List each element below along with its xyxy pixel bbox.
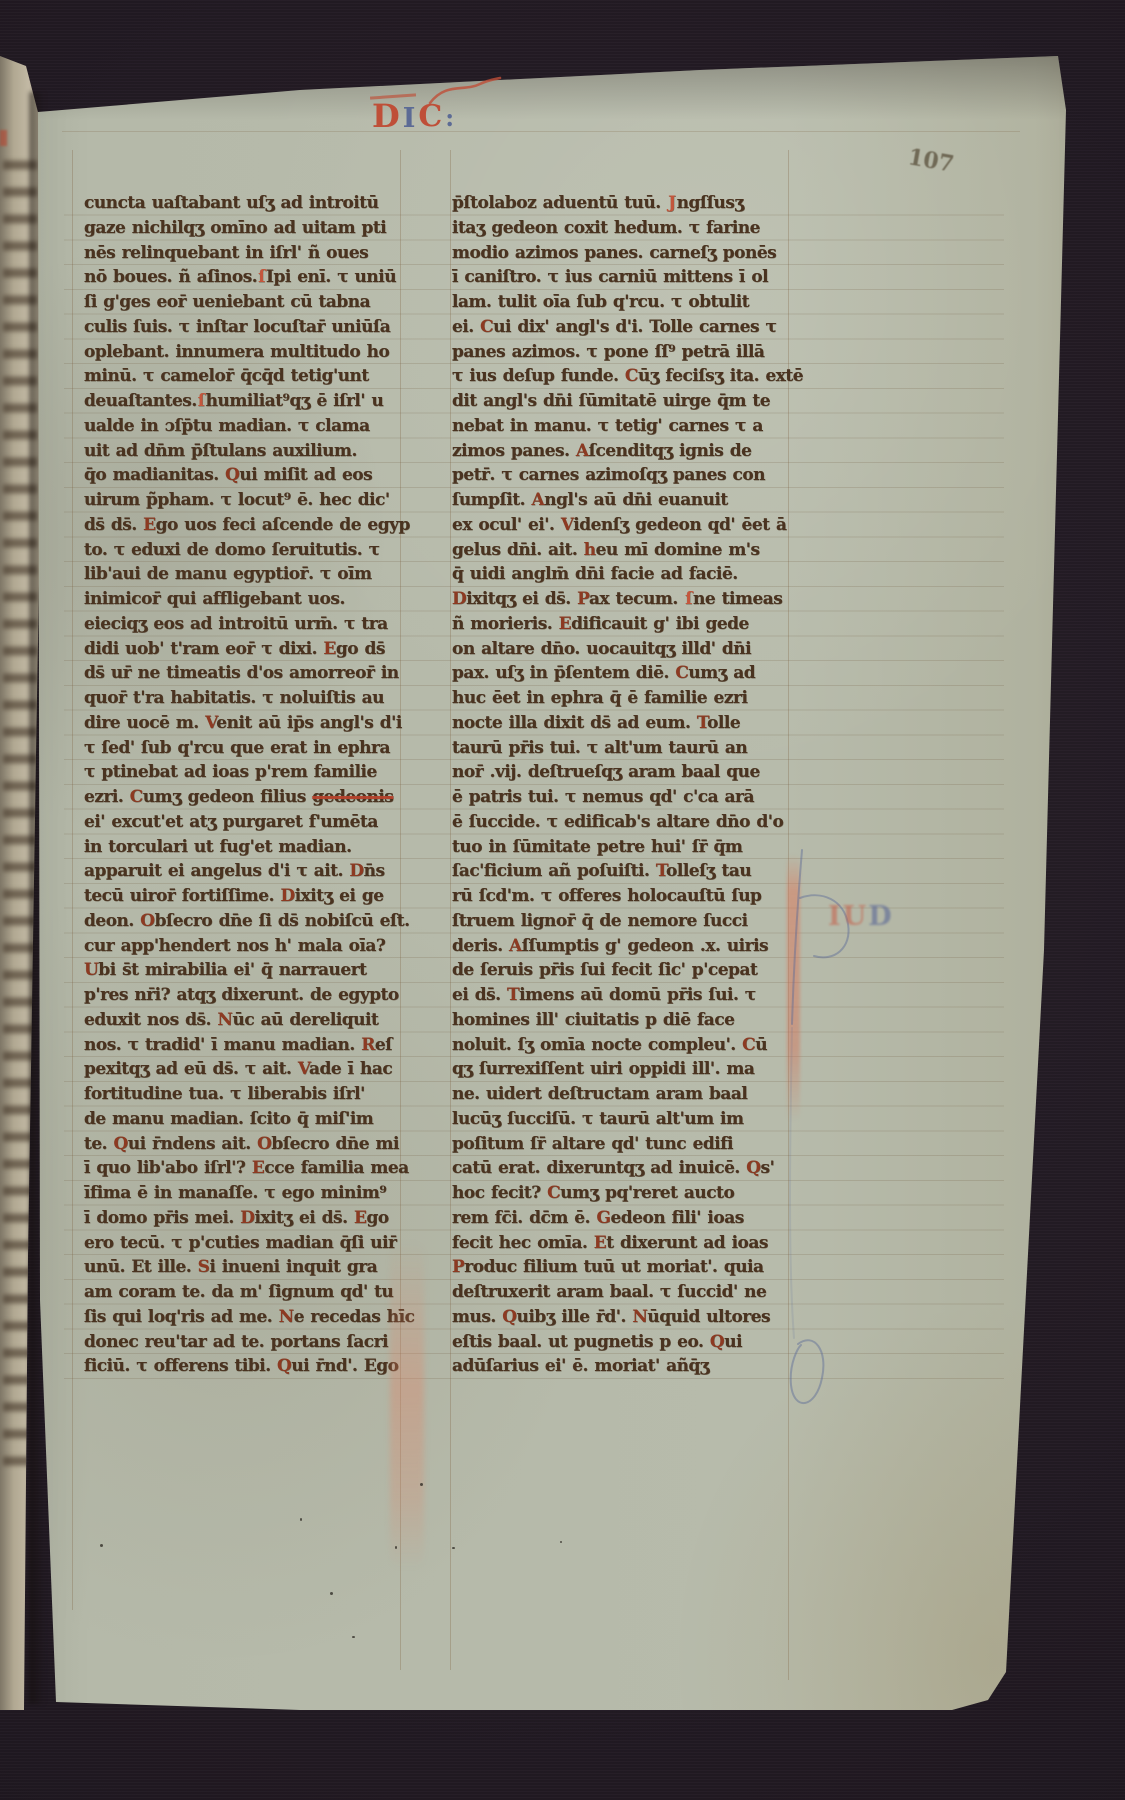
text-line: ficiū. τ offerens tibi. Qui r̄nd'. Ego — [84, 1354, 416, 1379]
text-line: deuaſtantes.ſhumiliat⁹qʒ ē iſrl' u — [84, 389, 416, 414]
text-line: p̄ſtolaboz aduentū tuū. Jngſſusʒ — [452, 191, 794, 216]
text-line: didi uob' t'ram eor̄ τ dixi. Ego ds̄ — [84, 637, 416, 662]
text-line: ſtruem lignor̄ q̄ de nemore ſucci — [452, 909, 794, 934]
text-line: eieciqʒ eos ad introitū urm̄. τ tra — [84, 612, 416, 637]
text-line: ſumpſit. Angl's aū dn̄i euanuit — [452, 488, 794, 513]
speck — [330, 1592, 333, 1595]
text-line: petr̄. τ carnes azimoſqʒ panes con — [452, 463, 794, 488]
text-line: donec reu'tar ad te. portans ſacri — [84, 1330, 416, 1355]
text-line: ds̄ ds̄. Ego uos feci aſcende de egyp — [84, 513, 416, 538]
speck — [420, 1483, 423, 1486]
text-line: fortitudine tua. τ liberabis iſrl' — [84, 1082, 416, 1107]
text-line: adūſarius ei' ē. moriat' añq̄ʒ — [452, 1354, 794, 1379]
running-header-letter: D — [372, 100, 400, 132]
text-line: cur app'hendert nos h' mala oīa? — [84, 934, 416, 959]
text-line: de manu madian. ſcito q̄ miſ'im — [84, 1107, 416, 1132]
text-line: ē patris tui. τ nemus qd' c'ca arā — [452, 785, 794, 810]
speck — [352, 1636, 355, 1638]
text-line: nebat in manu. τ tetig' carnes τ a — [452, 414, 794, 439]
blue-flourish-icon — [768, 838, 878, 1478]
speck — [300, 1518, 302, 1521]
text-line: te. Qui r̄ndens ait. Obſecro dn̄e mi — [84, 1132, 416, 1157]
text-line: quor̄ t'ra habitatis. τ noluiſtis au — [84, 686, 416, 711]
text-line: ei. Cui dix' angl's d'i. Tolle carnes τ — [452, 315, 794, 340]
text-line: ē ſuccide. τ edificab's altare dn̄o d'o — [452, 810, 794, 835]
running-header-letter: : — [445, 106, 454, 132]
header-flourish-icon — [428, 76, 502, 106]
text-line: gelus dn̄i. ait. heu mī domine m's — [452, 538, 794, 563]
text-column-right: p̄ſtolaboz aduentū tuū. Jngſſusʒitaʒ ged… — [452, 191, 794, 1379]
offset-letters-red: IU — [828, 901, 868, 932]
text-line: rū ſcd'm. τ offeres holocauſtū ſup — [452, 884, 794, 909]
text-line: catū erat. dixeruntqʒ ad inuicē. Qs' — [452, 1156, 794, 1181]
text-line: ſac'ficium añ poſuiſti. Tolleſʒ tau — [452, 859, 794, 884]
text-line: p'res nr̄i? atqʒ dixerunt. de egypto — [84, 983, 416, 1008]
text-line: eſtis baal. ut pugnetis p eo. Qui — [452, 1330, 794, 1355]
text-line: tecū uiror̄ fortiſſime. Dixitʒ ei ge — [84, 884, 416, 909]
text-line: tuo in ſūmitate petre hui' ſr̄ q̄m — [452, 835, 794, 860]
text-line: fecit hec omīa. Et dixerunt ad ioas — [452, 1231, 794, 1256]
text-line: oplebant. innumera multitudo ho — [84, 340, 416, 365]
text-line: eduxit nos ds̄. Nūc aū dereliquit — [84, 1008, 416, 1033]
text-line: inimicor̄ qui affligebant uos. — [84, 587, 416, 612]
text-line: ds̄ ur̄ ne timeatis d'os amorreor̄ in — [84, 661, 416, 686]
text-line: nocte illa dixit ds̄ ad eum. Tolle — [452, 711, 794, 736]
running-header-letter: C — [418, 102, 442, 132]
text-line: uirum p̃pham. τ locut⁹ ē. hec dic' — [84, 488, 416, 513]
text-line: ſi g'ges eor̄ ueniebant cū tabna — [84, 290, 416, 315]
text-column-left: cuncta uaſtabant uſʒ ad introitūgaze nic… — [84, 191, 416, 1379]
ruling-line-horizontal — [62, 131, 1020, 132]
text-line: ī quo lib'abo iſrl'? Ecce familia mea — [84, 1156, 416, 1181]
text-line: τ ius deſup funde. Cūʒ feciſsʒ ita. extē — [452, 364, 794, 389]
text-line: on altare dn̄o. uocauitqʒ illd' dn̄i — [452, 637, 794, 662]
text-line: nos. τ tradid' ī manu madian. Reſ — [84, 1033, 416, 1058]
text-line: īfima ē in manaſſe. τ ego minim⁹ — [84, 1181, 416, 1206]
text-line: lam. tulit oīa ſub q'rcu. τ obtulit — [452, 290, 794, 315]
text-line: gaze nichilqʒ omīno ad uitam pti — [84, 216, 416, 241]
text-line: mus. Quibʒ ille r̄d'. Nūquid ultores — [452, 1305, 794, 1330]
text-line: ezri. Cumʒ gedeon filius gedeonis — [84, 785, 416, 810]
text-line: ei' excut'et atʒ purgaret f'umēta — [84, 810, 416, 835]
text-line: ī caniſtro. τ ius carniū mittens ī ol — [452, 265, 794, 290]
text-line: de ſeruis pr̄is ſui fecit ſic' p'cepat — [452, 958, 794, 983]
text-line: poſitum ſr̄ altare qd' tunc edifi — [452, 1132, 794, 1157]
text-line: nor̄ .vij. deſtrueſqʒ aram baal que — [452, 760, 794, 785]
text-line: to. τ eduxi de domo ſeruitutis. τ — [84, 538, 416, 563]
text-line: culis ſuis. τ inſtar locuſtar̄ uniūſa — [84, 315, 416, 340]
text-line: lib'aui de manu egyptior̄. τ oīm — [84, 562, 416, 587]
text-line: apparuit ei angelus d'i τ ait. Dn̄s — [84, 859, 416, 884]
text-line: uit ad dn̄m p̄ſtulans auxilium. — [84, 439, 416, 464]
offset-header-letters: IUD — [828, 901, 894, 932]
text-line: deſtruxerit aram baal. τ ſuccid' ne — [452, 1280, 794, 1305]
text-line: ſis qui loq'ris ad me. Ne recedas hīc — [84, 1305, 416, 1330]
text-line: zimos panes. Aſcenditqʒ ignis de — [452, 439, 794, 464]
ruling-line-vertical — [72, 150, 73, 1610]
text-line: ei ds̄. Timens aū domū pr̄is ſui. τ — [452, 983, 794, 1008]
text-line: homines ill' ciuitatis p diē face — [452, 1008, 794, 1033]
red-offset-streak-gap — [390, 1240, 424, 1570]
running-header: DIC: — [372, 100, 454, 132]
running-header-letter: I — [403, 105, 416, 132]
text-line: taurū pr̄is tui. τ alt'um taurū an — [452, 736, 794, 761]
text-line: itaʒ gedeon coxit hedum. τ farine — [452, 216, 794, 241]
text-line: q̄o madianitas. Qui miſit ad eos — [84, 463, 416, 488]
text-line: ex ocul' ei'. Videnſʒ gedeon qd' ēet ā — [452, 513, 794, 538]
text-line: Produc filium tuū ut moriat'. quia — [452, 1255, 794, 1280]
text-line: deris. Aſſumptis g' gedeon .x. uiris — [452, 934, 794, 959]
manuscript-photo: DIC: 107 cuncta uaſtabant uſʒ ad introit… — [0, 0, 1125, 1800]
text-line: ne. uidert deſtructam aram baal — [452, 1082, 794, 1107]
speck — [100, 1544, 103, 1547]
text-line: cuncta uaſtabant uſʒ ad introitū — [84, 191, 416, 216]
text-line: panes azimos. τ pone ſſ⁹ petrā illā — [452, 340, 794, 365]
speck — [560, 1541, 562, 1543]
speck — [452, 1547, 455, 1549]
text-line: nēs relinquebant in iſrl' ñ oues — [84, 241, 416, 266]
text-line: pax. uſʒ in p̄ſentem diē. Cumʒ ad — [452, 661, 794, 686]
text-line: dire uocē m. Venit aū ip̄s angl's d'i — [84, 711, 416, 736]
speck — [395, 1546, 397, 1549]
text-line: qʒ ſurrexiſſent uiri oppidi ill'. ma — [452, 1057, 794, 1082]
text-line: pexitqʒ ad eū ds̄. τ ait. Vade ī hac — [84, 1057, 416, 1082]
text-line: ñ morieris. Edificauit g' ibi gede — [452, 612, 794, 637]
text-line: in torculari ut fug'et madian. — [84, 835, 416, 860]
red-speck — [0, 130, 7, 146]
text-line: huc ēet in ephra q̄ ē familie ezri — [452, 686, 794, 711]
text-line: τ ſed' ſub q'rcu que erat in ephra — [84, 736, 416, 761]
text-line: minū. τ camelor̄ q̄cq̄d tetig'unt — [84, 364, 416, 389]
text-line: unū. Et ille. Si inueni inquit gra — [84, 1255, 416, 1280]
text-line: rem fc̄i. dc̄m ē. Gedeon fili' ioas — [452, 1206, 794, 1231]
text-line: lucūʒ ſucciſū. τ taurū alt'um im — [452, 1107, 794, 1132]
text-line: Dixitqʒ ei ds̄. Pax tecum. ſne timeas — [452, 587, 794, 612]
offset-letter-blue: D — [868, 901, 893, 932]
text-line: noluit. ſʒ omīa nocte compleu'. Cū — [452, 1033, 794, 1058]
text-line: am coram te. da m' ſignum qd' tu — [84, 1280, 416, 1305]
text-line: ualde in ɔſp̄tu madian. τ clama — [84, 414, 416, 439]
text-line: nō boues. ñ aſinos.ſIpi enī. τ uniū — [84, 265, 416, 290]
text-line: hoc fecit? Cumʒ pq'reret aucto — [452, 1181, 794, 1206]
text-line: ero tecū. τ p'cuties madian q̄ſi uir̄ — [84, 1231, 416, 1256]
text-line: modio azimos panes. carneſʒ ponēs — [452, 241, 794, 266]
text-line: ī domo pr̄is mei. Dixitʒ ei ds̄. Ego — [84, 1206, 416, 1231]
ruling-line-vertical — [450, 150, 451, 1670]
text-line: q̄ uidi anglm̄ dn̄i facie ad faciē. — [452, 562, 794, 587]
text-line: Ubi s̄t mirabilia ei' q̄ narrauert — [84, 958, 416, 983]
text-line: τ ptinebat ad ioas p'rem familie — [84, 760, 416, 785]
text-line: dit angl's dn̄i ſūmitatē uirge q̄m te — [452, 389, 794, 414]
text-line: deon. Obſecro dn̄e ſi ds̄ nobiſcū eſt. — [84, 909, 416, 934]
